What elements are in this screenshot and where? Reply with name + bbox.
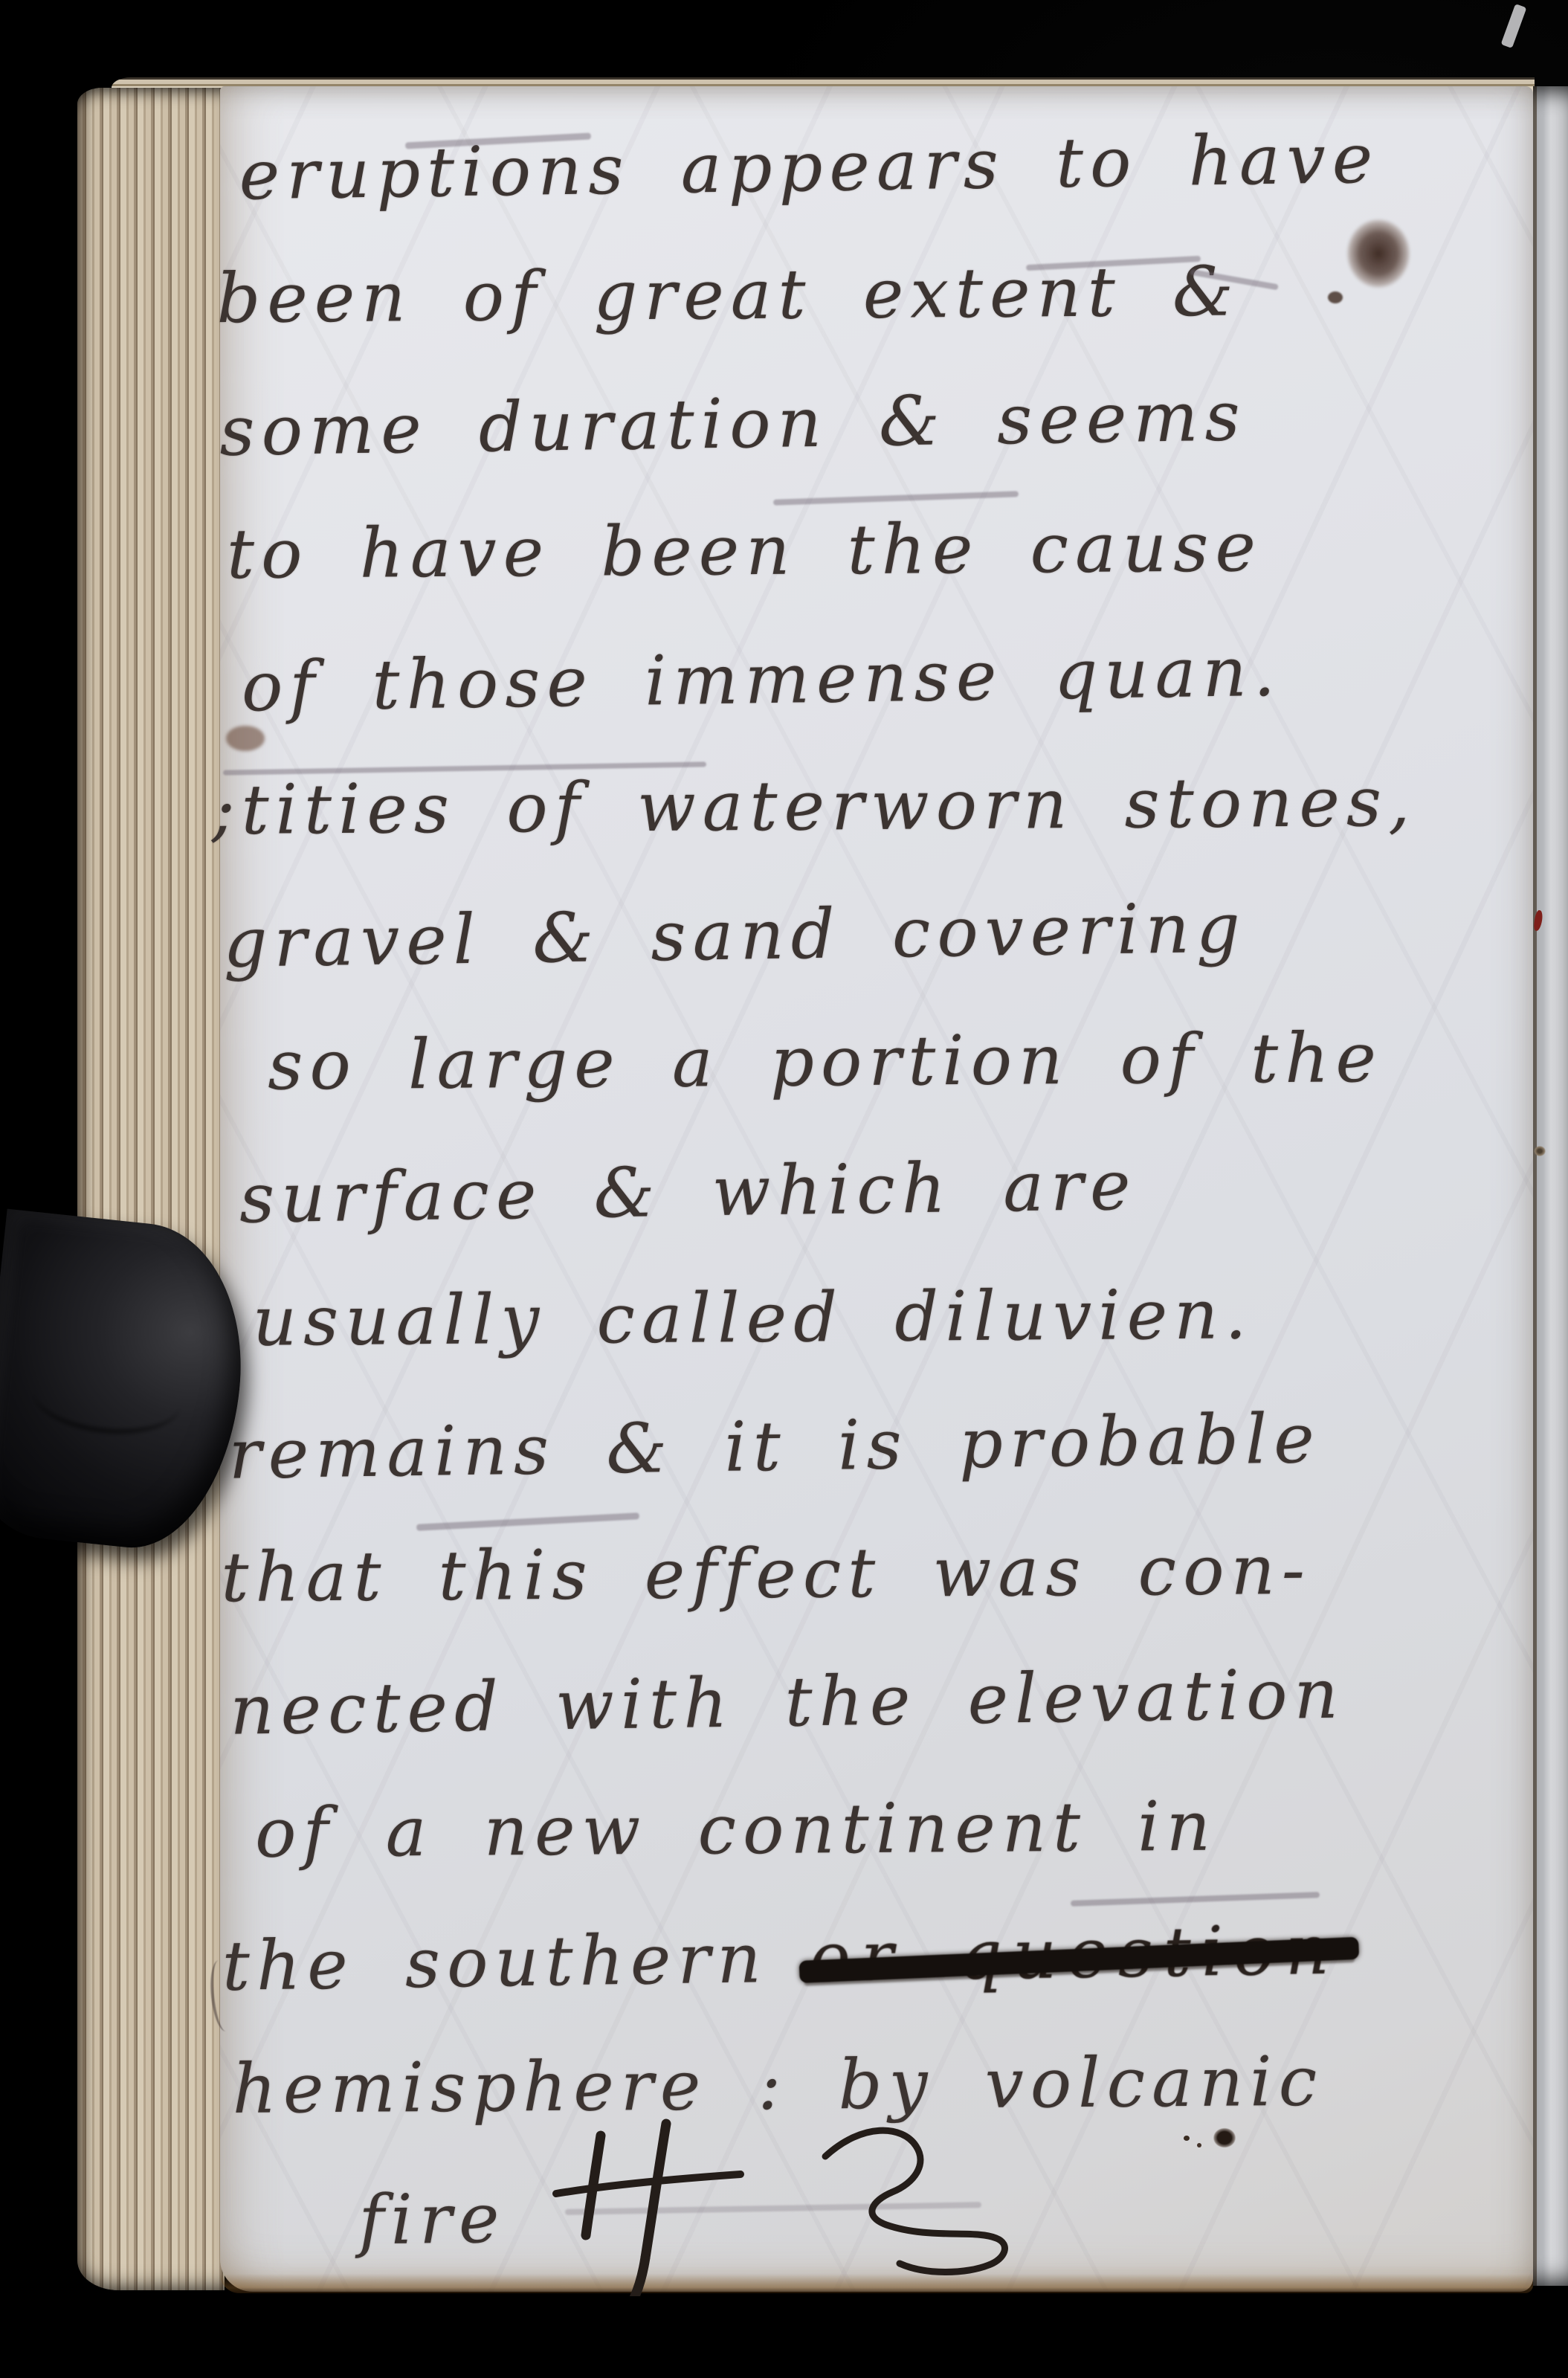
adjacent-page-edge [1533,86,1568,2286]
flourish-stroke-right [645,2124,666,2258]
handwritten-line: gravel & sand covering [222,860,1511,1008]
glove-crease [29,1354,184,1440]
flourish-crossbar [556,2174,741,2194]
ink-blot [1337,208,1420,299]
photo-background: eruptions appears to have been of great … [0,0,1568,2378]
handwritten-line: been of great extent & [216,226,1505,363]
handwritten-line: nected with the elevation [229,1628,1520,1775]
handwritten-line: usually called diluvien. [252,1249,1515,1386]
handwritten-text: eruptions appears to have been of great … [209,96,1526,2284]
page-corner-highlight [1501,4,1527,48]
ink-speck [1184,2136,1190,2141]
handwritten-line: of those immense quan. [241,605,1509,751]
handwritten-line: ;tities of waterworn stones, [211,738,1510,874]
handwritten-line: remains & it is probable [228,1372,1517,1519]
struck-out-words: or question [808,1886,1340,2023]
handwritten-line: to have been the cause [226,482,1507,619]
flourish-swash [825,2130,1004,2272]
handwritten-line: that this effect was con- [221,1505,1518,1642]
pen-flourish [513,2110,1033,2296]
handwritten-line: of a new continent in [254,1761,1520,1898]
margin-smudge [226,726,265,751]
handwritten-line: some duration & seems [219,349,1506,496]
ink-blot-tail [1328,291,1343,303]
handwritten-line: eruptions appears to have [238,93,1503,239]
page-left-edges [77,88,225,2290]
ink-speck [1197,2143,1201,2147]
line-text: the southern [222,1918,768,2006]
handwritten-line: the southernor question [222,1884,1523,2031]
ink-dot [1212,2127,1237,2149]
handwritten-line: surface & which are [239,1116,1514,1263]
flourish-descender [569,2258,645,2296]
fore-edge-hole [1533,1145,1546,1157]
handwritten-line: so large a portion of the [268,993,1513,1130]
